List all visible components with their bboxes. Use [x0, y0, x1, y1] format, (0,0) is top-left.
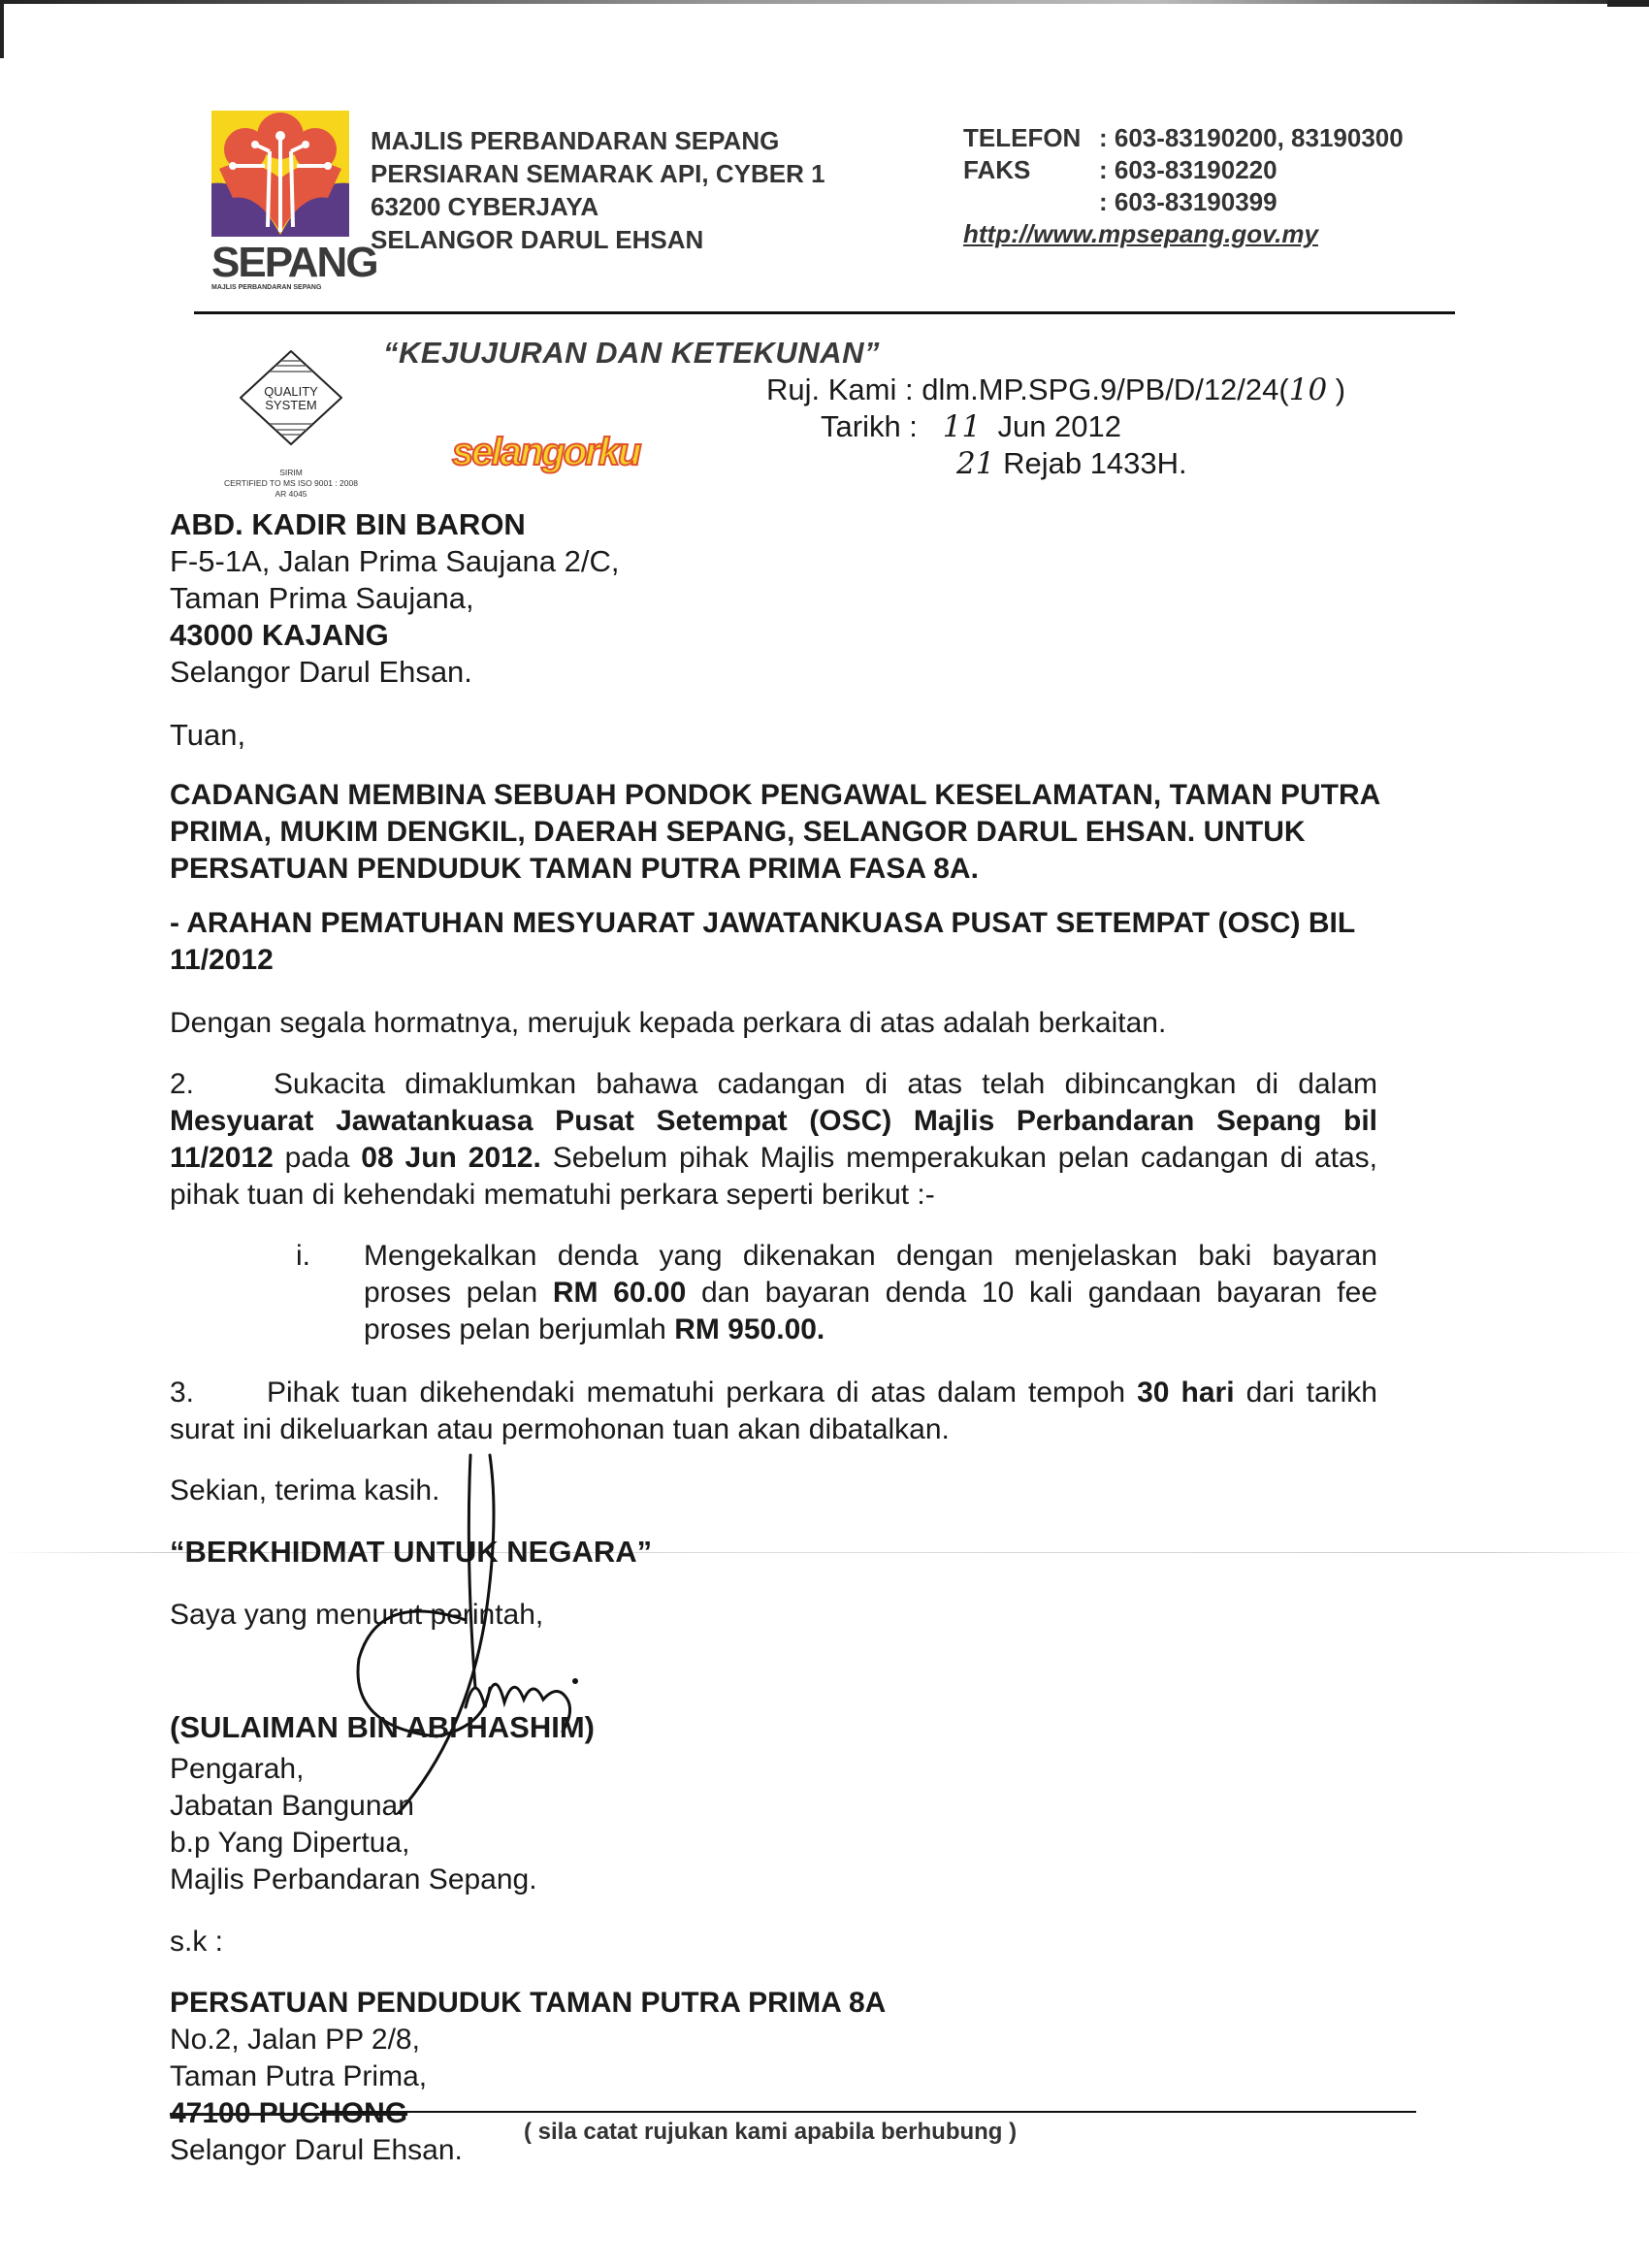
paragraph-3: 3.Pihak tuan dikehendaki mematuhi perkar…: [170, 1375, 1377, 1448]
ref-line: Ruj. Kami : dlm.MP.SPG.9/PB/D/12/24(10 ): [766, 372, 1345, 408]
cc-address-line: No.2, Jalan PP 2/8,: [170, 2022, 886, 2058]
signer-name: (SULAIMAN BIN ABI HASHIM): [170, 1710, 595, 1745]
para-number: 3.: [170, 1375, 267, 1411]
meeting-date: 08 Jun 2012.: [361, 1142, 541, 1174]
org-line: SELANGOR DARUL EHSAN: [371, 223, 825, 256]
cc-label: s.k :: [170, 1926, 223, 1959]
cc-org: PERSATUAN PENDUDUK TAMAN PUTRA PRIMA 8A: [170, 1985, 886, 2022]
cert-line: SIRIM: [194, 468, 388, 478]
ruj-label: Ruj. Kami :: [766, 373, 914, 406]
hijri-line: 21 Rejab 1433H.: [766, 445, 1345, 482]
sepang-emblem-icon: [211, 111, 349, 237]
salutation: Tuan,: [170, 718, 245, 753]
tarikh-label: Tarikh :: [821, 409, 918, 443]
scan-edge-left: [0, 0, 4, 58]
signer-title-line: Pengarah,: [170, 1751, 537, 1788]
selangorku-logo: selangorku: [452, 433, 639, 471]
faks-value: : 603-83190220: [1099, 154, 1277, 186]
motto: “KEJUJURAN DAN KETEKUNAN”: [383, 336, 880, 371]
header-divider: [194, 311, 1455, 314]
signer-title: Pengarah, Jabatan Bangunan b.p Yang Dipe…: [170, 1751, 537, 1898]
ruj-value: dlm.MP.SPG.9/PB/D/12/24(: [921, 373, 1288, 406]
tarikh-line: Tarikh : 11 Jun 2012: [766, 408, 1345, 445]
para-text: Sukacita dimaklumkan bahawa cadangan di …: [274, 1068, 1377, 1100]
telefon-label: TELEFON: [963, 122, 1099, 154]
svg-text:QUALITY: QUALITY: [264, 384, 318, 399]
para-text: Pihak tuan dikehendaki mematuhi perkara …: [267, 1377, 1137, 1409]
tarikh-value: Jun 2012: [997, 409, 1121, 443]
balance-amount: RM 60.00: [553, 1277, 686, 1309]
para-number: 2.: [170, 1066, 274, 1103]
recipient-postcode: 43000 KAJANG: [170, 617, 620, 654]
telefon-value: : 603-83190200, 83190300: [1099, 122, 1404, 154]
signer-title-line: b.p Yang Dipertua,: [170, 1825, 537, 1862]
footer-divider: [320, 2111, 1416, 2113]
recipient-name: ABD. KADIR BIN BARON: [170, 506, 620, 543]
org-line: 63200 CYBERJAYA: [371, 190, 825, 223]
recipient-address-line: Taman Prima Saujana,: [170, 580, 620, 617]
contact-block: TELEFON: 603-83190200, 83190300 FAKS: 60…: [963, 122, 1404, 250]
reference-block: Ruj. Kami : dlm.MP.SPG.9/PB/D/12/24(10 )…: [766, 372, 1345, 482]
list-number: i.: [296, 1238, 364, 1348]
para-text: pada: [274, 1142, 362, 1174]
list-text: Mengekalkan denda yang dikenakan dengan …: [364, 1238, 1377, 1348]
signer-title-line: Jabatan Bangunan: [170, 1788, 537, 1825]
total-amount: RM 950.00.: [674, 1313, 824, 1345]
list-item: i. Mengekalkan denda yang dikenakan deng…: [296, 1238, 1377, 1348]
faks-value-2: : 603-83190399: [1099, 186, 1277, 218]
paragraph-2: 2.Sukacita dimaklumkan bahawa cadangan d…: [170, 1066, 1377, 1214]
scan-edge-top: [0, 0, 1649, 4]
hijri-day: 21: [956, 446, 994, 481]
ruj-handwritten: 10: [1289, 373, 1327, 407]
organization-address: MAJLIS PERBANDARAN SEPANG PERSIARAN SEMA…: [371, 124, 825, 256]
paragraph-1: Dengan segala hormatnya, merujuk kepada …: [170, 1005, 1377, 1042]
cert-line: CERTIFIED TO MS ISO 9001 : 2008: [194, 478, 388, 489]
hijri-value: Rejab 1433H.: [1003, 446, 1187, 480]
quality-system-badge-icon: QUALITY SYSTEM: [233, 349, 349, 446]
org-line: MAJLIS PERBANDARAN SEPANG: [371, 124, 825, 157]
website-link[interactable]: http://www.mpsepang.gov.my: [963, 218, 1318, 250]
subject-directive: - ARAHAN PEMATUHAN MESYUARAT JAWATANKUAS…: [170, 905, 1431, 979]
sirim-certification: SIRIM CERTIFIED TO MS ISO 9001 : 2008 AR…: [194, 468, 388, 500]
subject-heading: CADANGAN MEMBINA SEBUAH PONDOK PENGAWAL …: [170, 777, 1431, 888]
recipient-address: ABD. KADIR BIN BARON F-5-1A, Jalan Prima…: [170, 506, 620, 691]
footer-note: ( sila catat rujukan kami apabila berhub…: [524, 2119, 1017, 2146]
svg-text:SYSTEM: SYSTEM: [265, 398, 316, 412]
recipient-address-line: F-5-1A, Jalan Prima Saujana 2/C,: [170, 543, 620, 580]
logo-wordmark: SEPANG: [211, 242, 349, 284]
cert-line: AR 4045: [194, 489, 388, 500]
cc-address-line: Taman Putra Prima,: [170, 2058, 886, 2095]
sepang-logo: SEPANG MAJLIS PERBANDARAN SEPANG: [211, 111, 349, 285]
signer-title-line: Majlis Perbandaran Sepang.: [170, 1862, 537, 1898]
tarikh-day: 11: [943, 409, 981, 444]
deadline: 30 hari: [1137, 1377, 1234, 1409]
ruj-close: ): [1327, 373, 1345, 406]
scan-corner: [1607, 0, 1649, 7]
org-line: PERSIARAN SEMARAK API, CYBER 1: [371, 157, 825, 190]
faks-label: FAKS: [963, 154, 1099, 186]
recipient-state: Selangor Darul Ehsan.: [170, 654, 620, 691]
